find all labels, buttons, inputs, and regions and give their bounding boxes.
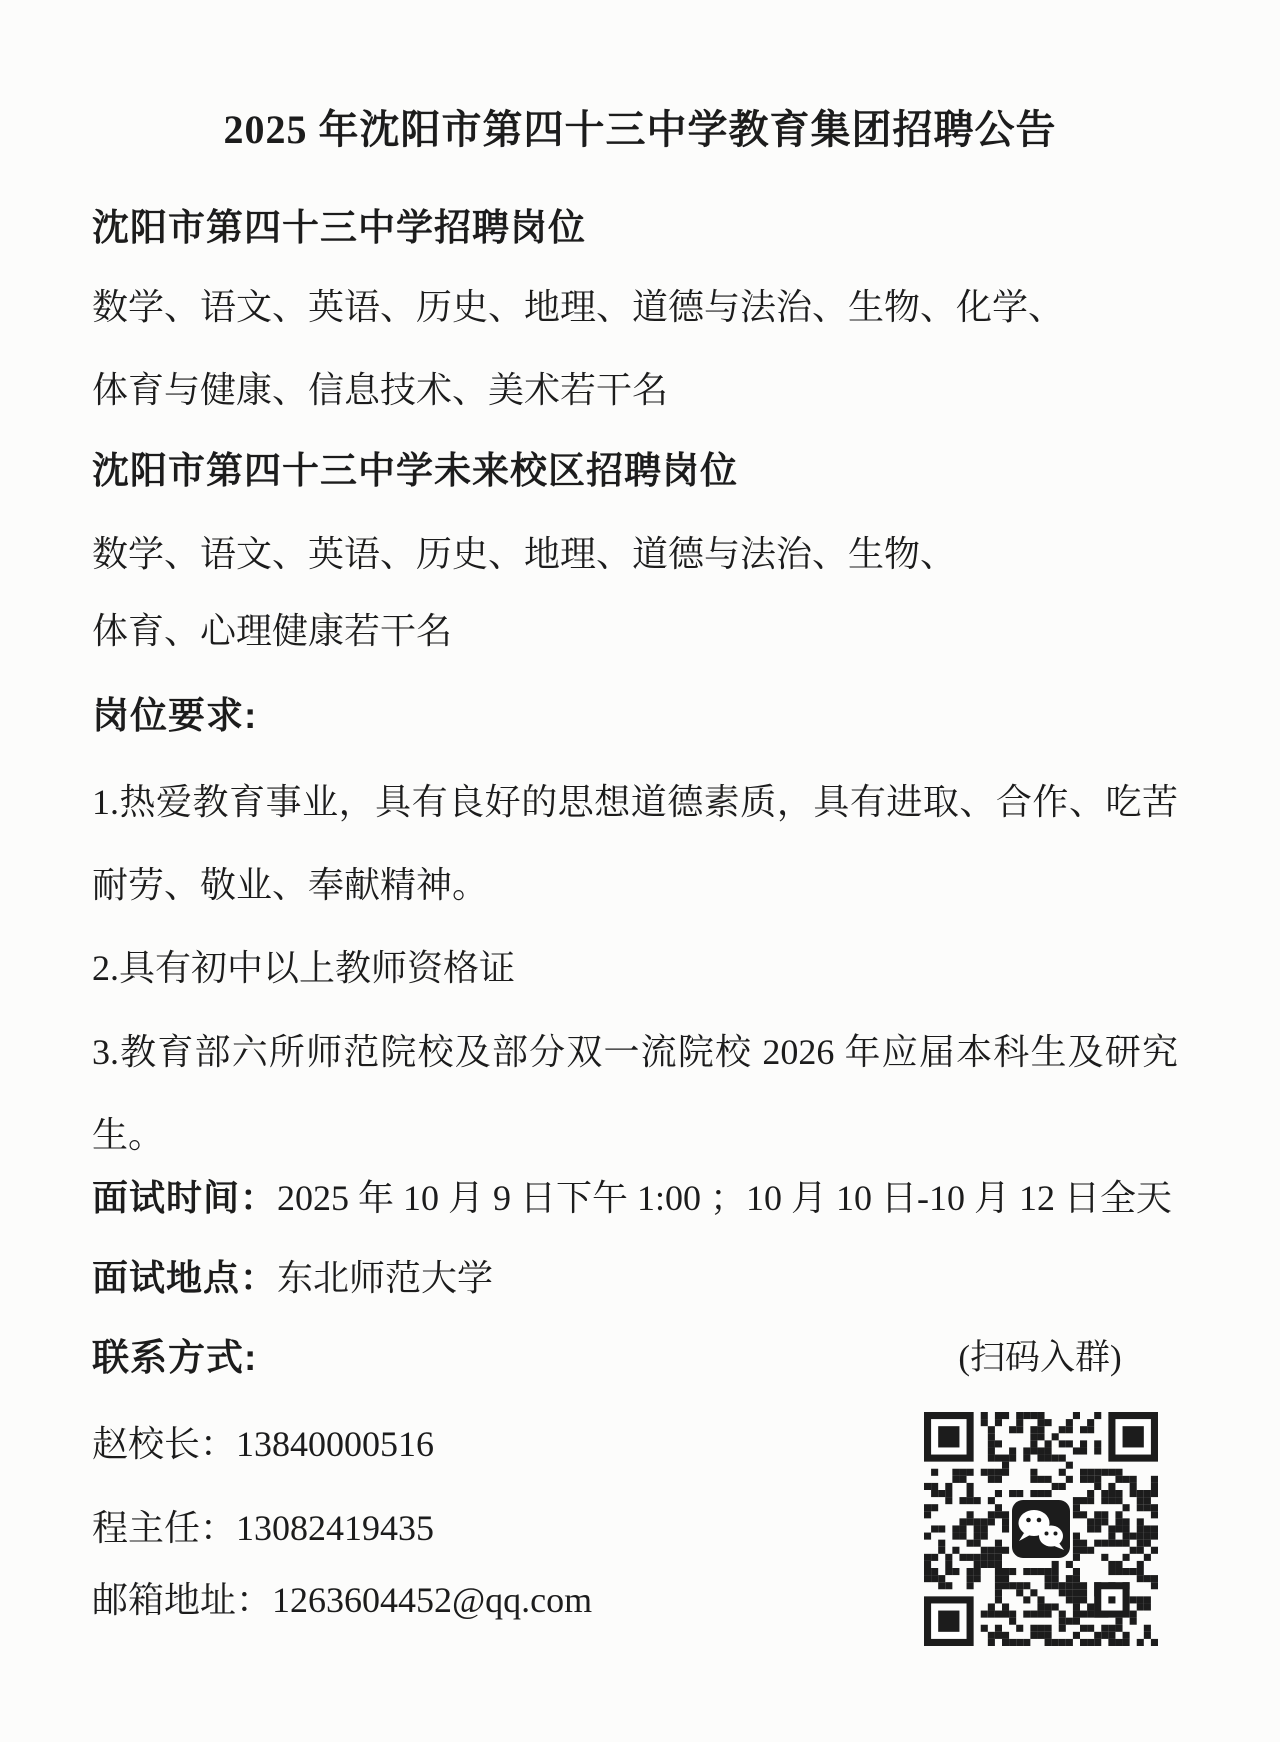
interview-time-row: 面试时间：2025 年 10 月 9 日下午 1:00 ；10 月 10 日-1…: [92, 1176, 1172, 1220]
requirements-heading: 岗位要求:: [92, 694, 257, 738]
director-label: 程主任：: [92, 1508, 236, 1548]
interview-location-row: 面试地点：东北师范大学: [92, 1256, 493, 1300]
campus1-subjects-line2: 体育与健康、信息技术、美术若干名: [92, 368, 668, 412]
director-phone: 13082419435: [236, 1508, 434, 1548]
principal-label: 赵校长：: [92, 1424, 236, 1464]
requirement1-line2: 耐劳、敬业、奉献精神。: [92, 863, 488, 907]
requirement1-line1: 1.热爱教育事业，具有良好的思想道德素质，具有进取、合作、吃苦: [92, 780, 1178, 824]
contact-director-row: 程主任：13082419435: [92, 1506, 434, 1550]
requirement3-line2: 生。: [92, 1113, 164, 1157]
principal-phone: 13840000516: [236, 1424, 434, 1464]
campus2-subjects-line1: 数学、语文、英语、历史、地理、道德与法治、生物、: [92, 532, 956, 576]
contact-heading: 联系方式:: [92, 1336, 257, 1380]
campus2-heading: 沈阳市第四十三中学未来校区招聘岗位: [92, 449, 738, 493]
email-label: 邮箱地址：: [92, 1580, 272, 1620]
qr-code-graphic: [924, 1412, 1158, 1646]
interview-location-label: 面试地点：: [92, 1257, 277, 1298]
announcement-page: 2025 年沈阳市第四十三中学教育集团招聘公告 沈阳市第四十三中学招聘岗位 数学…: [0, 0, 1280, 1742]
wechat-group-qr-code: [924, 1412, 1158, 1646]
contact-email-row: 邮箱地址：1263604452@qq.com: [92, 1578, 592, 1622]
interview-location-value: 东北师范大学: [277, 1258, 493, 1298]
campus1-subjects-line1: 数学、语文、英语、历史、地理、道德与法治、生物、化学、: [92, 285, 1064, 329]
campus2-subjects-line2: 体育、心理健康若干名: [92, 609, 452, 653]
campus1-heading: 沈阳市第四十三中学招聘岗位: [92, 206, 586, 250]
interview-time-value: 2025 年 10 月 9 日下午 1:00 ；10 月 10 日-10 月 1…: [277, 1178, 1172, 1218]
page-title: 2025 年沈阳市第四十三中学教育集团招聘公告: [0, 106, 1280, 154]
requirement2: 2.具有初中以上教师资格证: [92, 946, 515, 990]
email-value: 1263604452@qq.com: [272, 1580, 592, 1620]
contact-principal-row: 赵校长：13840000516: [92, 1422, 434, 1466]
qr-caption: (扫码入群): [920, 1336, 1160, 1380]
requirement3-line1: 3.教育部六所师范院校及部分双一流院校 2026 年应届本科生及研究: [92, 1030, 1178, 1074]
interview-time-label: 面试时间：: [92, 1177, 277, 1218]
